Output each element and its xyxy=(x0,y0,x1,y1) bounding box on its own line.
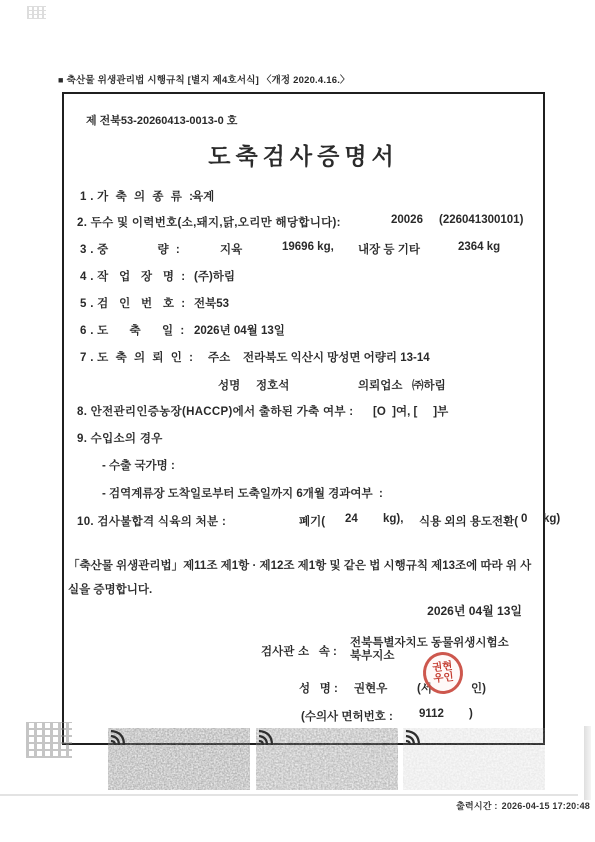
certificate-title: 도축검사증명서 xyxy=(64,138,543,171)
swirl-icon xyxy=(404,729,422,747)
item10-disposal-value: 24 xyxy=(345,513,358,525)
item2-trace-number: (226041300101) xyxy=(439,214,523,226)
item9-quarantine-period: - 검역계류장 도착일로부터 도축일까지 6개월 경과여부 : xyxy=(102,485,383,501)
scan-artifact-microtext xyxy=(26,722,72,758)
item5-label: 5 . 검 인 번 호 : xyxy=(80,298,185,310)
print-timestamp: 출력시간 :2026-04-15 17:20:48 xyxy=(0,799,590,812)
item3-carcass-weight: 19696 kg, xyxy=(282,241,334,253)
item-slaughter-date: 6 . 도 축 일 : 2026년 04월 13일 xyxy=(80,322,184,338)
item1-value: 육계 xyxy=(192,188,214,204)
noise-texture xyxy=(256,728,398,790)
item9-export-country: - 수출 국가명 : xyxy=(102,457,175,473)
item2-count: 20026 xyxy=(391,214,423,226)
item-livestock-type: 1 . 가 축 의 종 류 : 육계 xyxy=(80,188,193,204)
item7-label: 7 . 도 축 의 뢰 인 : xyxy=(80,352,193,364)
scan-edge-streak xyxy=(584,726,591,800)
item8-checkbox-value: [O ]여, [ ]부 xyxy=(373,403,448,419)
item6-label: 6 . 도 축 일 : xyxy=(80,325,184,337)
item-workplace: 4 . 작 업 장 명 : (주)하림 xyxy=(80,268,185,284)
issue-date: 2026년 04월 13일 xyxy=(64,602,522,619)
item-inspection-stamp-no: 5 . 검 인 번 호 : 전북53 xyxy=(80,295,185,311)
print-time-label: 출력시간 : xyxy=(456,801,497,811)
square-bullet-icon: ■ xyxy=(58,75,64,85)
item7-name-label: 성명 xyxy=(218,377,240,393)
item8-label: 8. 안전관리인증농장(HACCP)에서 출하된 가축 여부 : xyxy=(77,406,353,418)
item7-address: 전라북도 익산시 망성면 어량리 13-14 xyxy=(243,349,430,365)
item7-shop-label: 의뢰업소 xyxy=(358,377,402,393)
item10-convert-value: 0 xyxy=(521,513,527,525)
affiliation-line1: 전북특별자치도 동물위생시험소 xyxy=(350,637,509,649)
inspector-affil-label: 소 속 : xyxy=(298,643,337,659)
security-noise-block-3 xyxy=(403,728,545,790)
inspector-affiliation-row: 검사관 소 속 : 전북특별자치도 동물위생시험소 북부지소 xyxy=(261,643,294,659)
item3-other-label: 내장 등 기타 xyxy=(358,241,420,257)
item4-value: (주)하림 xyxy=(194,268,235,284)
item5-value: 전북53 xyxy=(194,295,229,311)
security-noise-block-2 xyxy=(256,728,398,790)
scanned-certificate-page: ■축산물 위생관리법 시행규칙 [별지 제4호서식] 〈개정 2020.4.16… xyxy=(0,0,595,842)
signature-suffix: 인) xyxy=(471,680,486,696)
inspector-name-row: 성 명 : 권현우 (서 인) xyxy=(299,680,338,696)
item-weight: 3 . 중 량 : 지육 19696 kg, 내장 등 기타 2364 kg xyxy=(80,241,180,257)
item4-label: 4 . 작 업 장 명 : xyxy=(80,271,185,283)
legal-statement: 「축산물 위생관리법」제11조 제1항 · 제12조 제1항 및 같은 법 시행… xyxy=(68,554,542,602)
seal-text-line2: 우인 xyxy=(433,672,454,685)
item10-convert-label: 식용 외의 용도전환( xyxy=(419,513,518,529)
inspector-name-label: 성 명 : xyxy=(299,683,338,695)
item2-label: 2. 두수 및 이력번호(소,돼지,닭,오리만 해당합니다): xyxy=(77,217,341,229)
item1-label: 1 . 가 축 의 종 류 : xyxy=(80,191,193,203)
swirl-icon xyxy=(257,729,275,747)
print-time-value: 2026-04-15 17:20:48 xyxy=(502,801,590,811)
item3-label: 3 . 중 량 : xyxy=(80,244,180,256)
scan-artifact-top-left xyxy=(27,6,46,19)
form-reference-text: 축산물 위생관리법 시행규칙 [별지 제4호서식] 〈개정 2020.4.16.… xyxy=(67,75,350,86)
item10-disposal-unit: kg), xyxy=(383,513,403,525)
certificate-border-box: 제 전북53-20260413-0013-0 호 도축검사증명서 1 . 가 축… xyxy=(62,92,545,745)
item10-label: 10. 검사불합격 식육의 처분 : xyxy=(77,516,226,528)
license-label: (수의사 면허번호 : xyxy=(301,711,393,723)
item-requester: 7 . 도 축 의 뢰 인 : 주소 전라북도 익산시 망성면 어량리 13-1… xyxy=(80,349,193,365)
noise-texture xyxy=(108,728,250,790)
item6-value: 2026년 04월 13일 xyxy=(194,322,285,338)
noise-texture xyxy=(403,728,545,790)
inspector-role-label: 검사관 xyxy=(261,646,294,658)
license-close-paren: ) xyxy=(469,708,473,720)
item7-address-label: 주소 xyxy=(208,349,230,365)
item3-other-weight: 2364 kg xyxy=(458,241,500,253)
scan-shadow-line xyxy=(0,794,578,796)
item7-shop: ㈜하림 xyxy=(412,377,446,393)
item10-convert-unit: kg) xyxy=(543,513,560,525)
license-number: 9112 xyxy=(419,708,444,720)
affiliation-line2: 북부지소 xyxy=(350,650,394,662)
inspector-name: 권현우 xyxy=(354,680,387,696)
item-failed-meat-disposal: 10. 검사불합격 식육의 처분 : 폐기( 24 kg), 식용 외의 용도전… xyxy=(77,513,226,529)
item-haccp: 8. 안전관리인증농장(HACCP)에서 출하된 가축 여부 : [O ]여, … xyxy=(77,403,353,419)
item10-disposal-label: 폐기( xyxy=(299,513,325,529)
item7-name: 정호석 xyxy=(256,377,289,393)
item-imported-cattle: 9. 수입소의 경우 xyxy=(77,430,163,446)
security-noise-block-1 xyxy=(108,728,250,790)
form-reference-note: ■축산물 위생관리법 시행규칙 [별지 제4호서식] 〈개정 2020.4.16… xyxy=(58,72,350,86)
item3-carcass-label: 지육 xyxy=(220,241,242,257)
document-number: 제 전북53-20260413-0013-0 호 xyxy=(86,112,237,128)
license-row: (수의사 면허번호 : 9112 ) xyxy=(301,708,393,724)
item9-label: 9. 수입소의 경우 xyxy=(77,433,163,445)
swirl-icon xyxy=(109,729,127,747)
item-head-count: 2. 두수 및 이력번호(소,돼지,닭,오리만 해당합니다): 20026 (2… xyxy=(77,214,341,230)
